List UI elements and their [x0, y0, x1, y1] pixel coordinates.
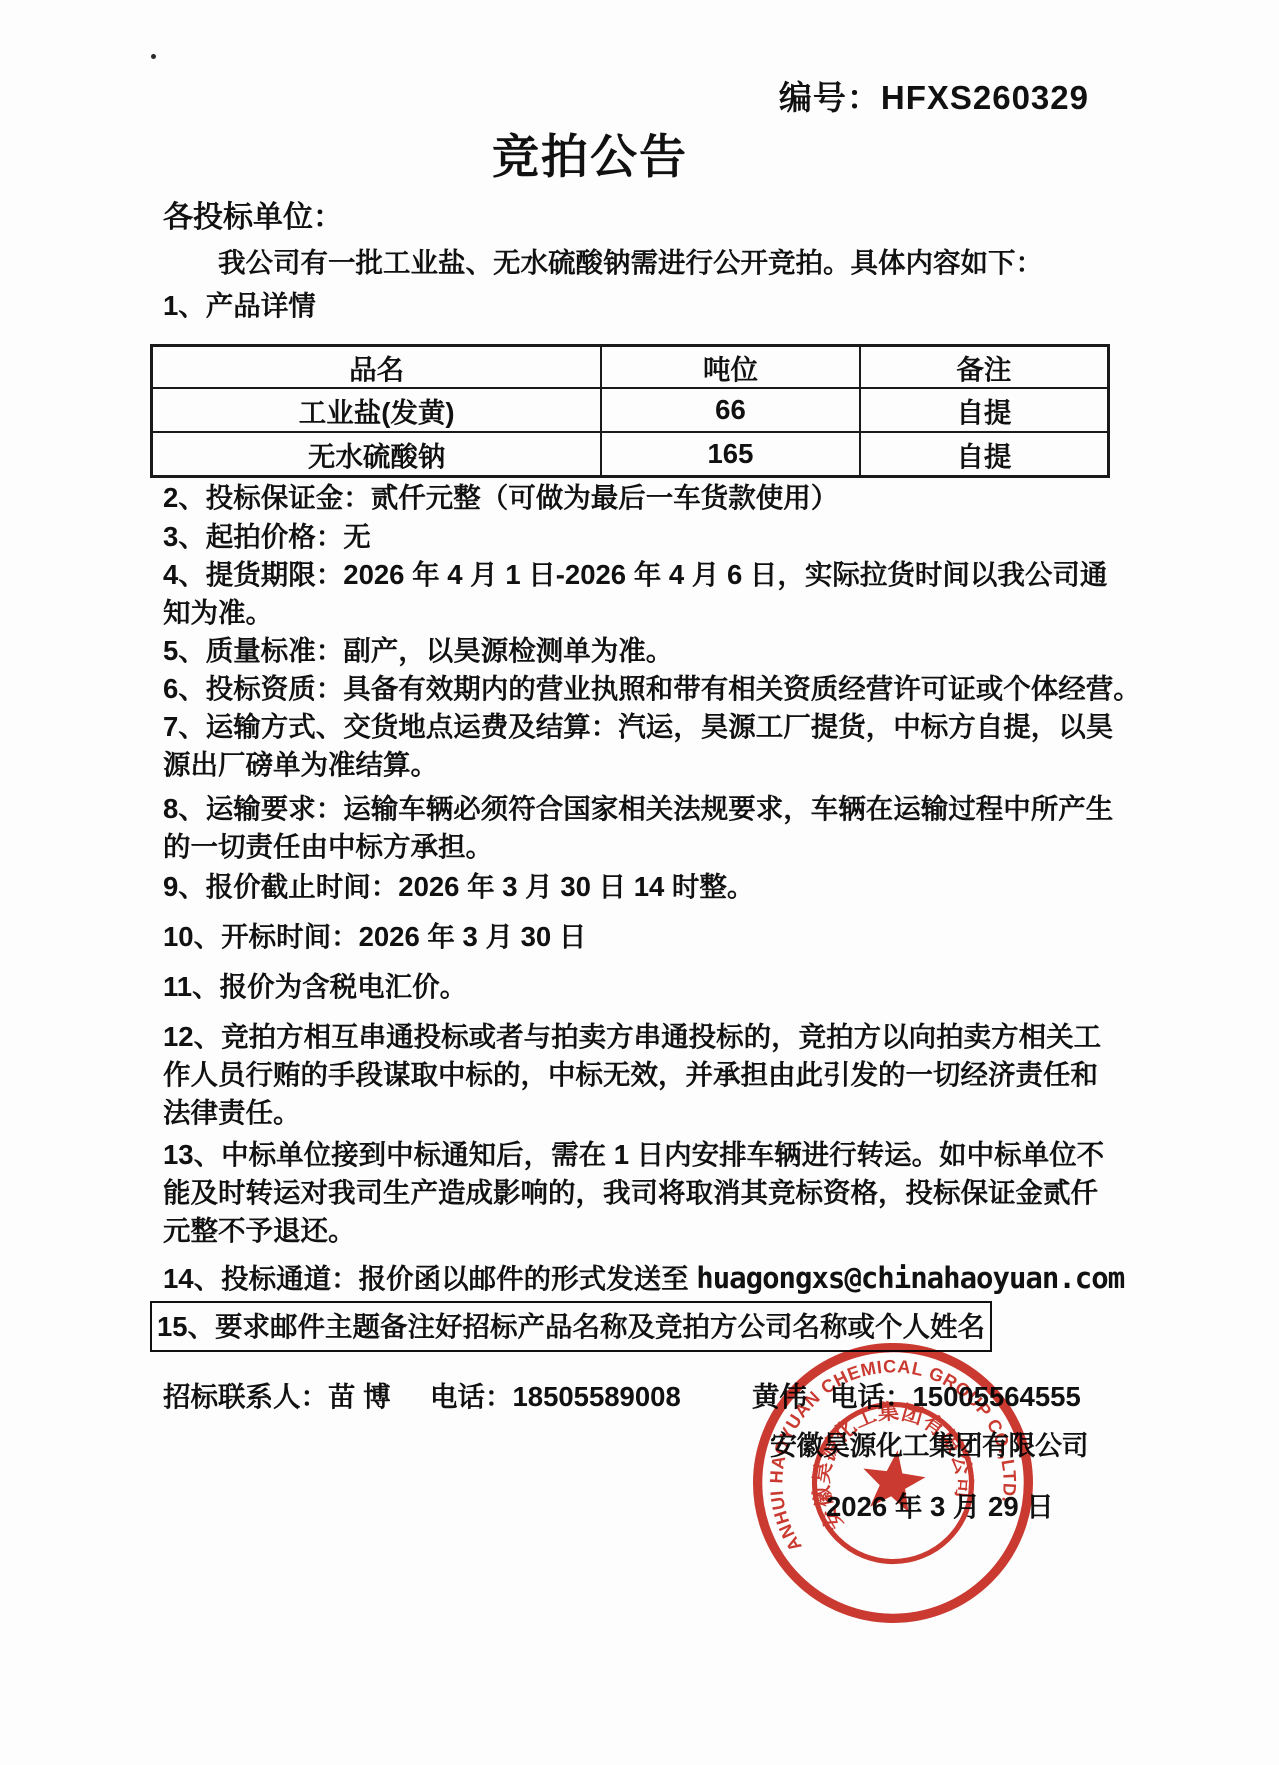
table-cell-name: 工业盐(发黄)	[152, 388, 602, 432]
doc-ref: 编号：HFXS260329	[779, 72, 1089, 119]
scanned-document-page: 编号：HFXS260329 竞拍公告 各投标单位： 我公司有一批工业盐、无水硫酸…	[0, 0, 1279, 1765]
table-cell-note: 自提	[860, 432, 1109, 476]
table-cell-name: 无水硫酸钠	[152, 432, 602, 476]
list-item: 4、提货期限：2026 年 4 月 1 日-2026 年 4 月 6 日，实际拉…	[163, 556, 1121, 632]
list-item: 9、报价截止时间：2026 年 3 月 30 日 14 时整。	[163, 868, 1121, 906]
list-item: 11、报价为含税电汇价。	[163, 968, 1121, 1006]
table-cell-tonnage: 165	[601, 432, 859, 476]
contact-phone-primary: 电话：18505589008	[430, 1374, 681, 1414]
contact-line: 招标联系人：苗 博 电话：18505589008 黄伟 电话：150055645…	[0, 1374, 1279, 1408]
table-header-cell: 品名	[152, 346, 602, 389]
list-item: 12、竞拍方相互串通投标或者与拍卖方串通投标的，竞拍方以向拍卖方相关工作人员行贿…	[163, 1018, 1121, 1132]
list-item: 5、质量标准：副产，以昊源检测单为准。	[163, 632, 1121, 670]
list-item-14: 14、投标通道：报价函以邮件的形式发送至 huagongxs@chinahaoy…	[163, 1256, 1124, 1296]
table-header-cell: 备注	[860, 346, 1109, 389]
table-header-row: 品名吨位备注	[152, 346, 1109, 389]
table-row: 工业盐(发黄) 66 自提	[152, 388, 1109, 432]
section-heading-products: 1、产品详情	[163, 283, 316, 323]
list-item: 6、投标资质：具备有效期内的营业执照和带有相关资质经营许可证或个体经营。	[163, 670, 1121, 708]
list-item: 2、投标保证金：贰仟元整（可做为最后一车货款使用）	[163, 479, 1121, 517]
company-stamp: ANHUI HAOYUAN CHEMICAL GROUP CO.,LTD. 安徽…	[738, 1328, 1048, 1638]
list-item: 3、起拍价格：无	[163, 518, 1121, 556]
list-item: 10、开标时间：2026 年 3 月 30 日	[163, 918, 1121, 956]
table-header-cell: 吨位	[601, 346, 859, 389]
stamp-ring-text: ANHUI HAOYUAN CHEMICAL GROUP CO.,LTD.	[746, 1336, 1027, 1557]
table-cell-note: 自提	[860, 388, 1109, 432]
list-item: 8、运输要求：运输车辆必须符合国家相关法规要求，车辆在运输过程中所产生的一切责任…	[163, 790, 1121, 866]
page-title: 竞拍公告	[0, 120, 1180, 187]
salutation: 各投标单位：	[163, 192, 343, 236]
intro-paragraph: 我公司有一批工业盐、无水硫酸钠需进行公开竞拍。具体内容如下：	[218, 240, 1198, 280]
contact-name-primary: 招标联系人：苗 博	[163, 1374, 391, 1414]
table-cell-tonnage: 66	[601, 388, 859, 432]
list-item: 7、运输方式、交货地点运费及结算：汽运，昊源工厂提货，中标方自提，以昊源出厂磅单…	[163, 708, 1121, 784]
doc-ref-code: HFXS260329	[881, 79, 1089, 116]
stamp-star	[858, 1446, 929, 1514]
bid-email-address: huagongxs@chinahaoyuan.com	[696, 1261, 1124, 1295]
stamp-inner-text: 安徽昊源化工集团有限公司	[795, 1385, 981, 1536]
list-item: 13、中标单位接到中标通知后，需在 1 日内安排车辆进行转运。如中标单位不能及时…	[163, 1136, 1121, 1250]
item14-text: 14、投标通道：报价函以邮件的形式发送至	[163, 1263, 696, 1294]
doc-ref-label: 编号：	[779, 79, 881, 116]
table-row: 无水硫酸钠 165 自提	[152, 432, 1109, 476]
product-table: 品名吨位备注 工业盐(发黄) 66 自提 无水硫酸钠 165 自提	[150, 344, 1110, 478]
scan-artifact-dot	[151, 54, 156, 59]
